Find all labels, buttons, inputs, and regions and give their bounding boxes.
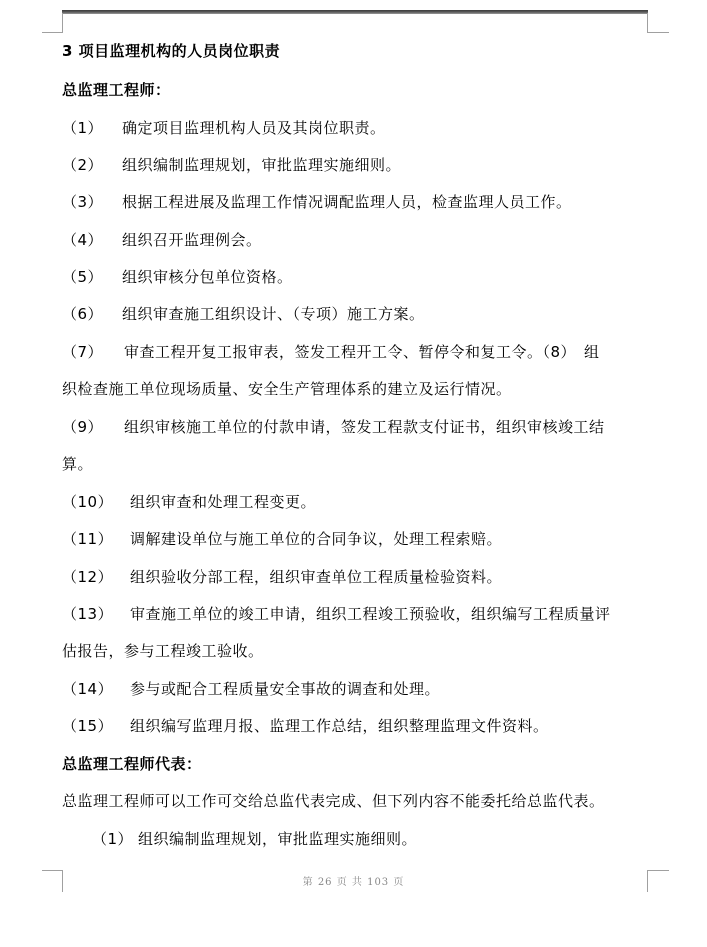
list-item: （2）组织编制监理规划，审批监理实施细则。	[62, 154, 401, 175]
list-item: （11）调解建设单位与施工单位的合同争议，处理工程索赔。	[62, 528, 502, 549]
section-title: 3 项目监理机构的人员岗位职责	[62, 40, 280, 61]
corner-mark-top-left	[62, 13, 63, 33]
list-item: （4）组织召开监理例会。	[62, 229, 262, 250]
list-item-continuation: 算。	[62, 453, 93, 474]
corner-mark-top-left	[42, 32, 63, 33]
deputy-engineer-heading: 总监理工程师代表：	[62, 753, 202, 774]
list-item: （3）根据工程进展及监理工作情况调配监理人员，检查监理人员工作。	[62, 191, 572, 212]
list-item: （12）组织验收分部工程，组织审查单位工程质量检验资料。	[62, 566, 502, 587]
corner-mark-top-right	[647, 13, 648, 33]
list-item: （13）审查施工单位的竣工申请，组织工程竣工预验收，组织编写工程质量评	[62, 603, 611, 624]
list-item: （6）组织审查施工组织设计、（专项）施工方案。	[62, 303, 425, 324]
list-item: （1）确定项目监理机构人员及其岗位职责。	[62, 117, 386, 138]
page-top-border	[62, 10, 648, 14]
list-item-continuation: 估报告，参与工程竣工验收。	[62, 640, 264, 661]
deputy-intro: 总监理工程师可以工作可交给总监代表完成、但下列内容不能委托给总监代表。	[62, 790, 605, 811]
list-item: （1）组织编制监理规划，审批监理实施细则。	[92, 828, 417, 849]
list-item: （14）参与或配合工程质量安全事故的调查和处理。	[62, 678, 440, 699]
list-item: （7）审查工程开复工报审表，签发工程开工令、暂停令和复工令。（8） 组	[62, 341, 600, 362]
list-item: （15）组织编写监理月报、监理工作总结，组织整理监理文件资料。	[62, 715, 549, 736]
list-item: （5）组织审核分包单位资格。	[62, 266, 293, 287]
corner-mark-bottom-right	[647, 870, 669, 871]
corner-mark-bottom-left	[42, 870, 63, 871]
list-item: （9）组织审核施工单位的付款申请，签发工程款支付证书，组织审核竣工结	[62, 416, 605, 437]
corner-mark-top-right	[647, 32, 669, 33]
chief-engineer-heading: 总监理工程师：	[62, 79, 171, 100]
list-item: （10）组织审查和处理工程变更。	[62, 491, 316, 512]
list-item-continuation: 织检查施工单位现场质量、安全生产管理体系的建立及运行情况。	[62, 378, 512, 399]
page-number: 第 26 页 共 103 页	[0, 873, 707, 888]
